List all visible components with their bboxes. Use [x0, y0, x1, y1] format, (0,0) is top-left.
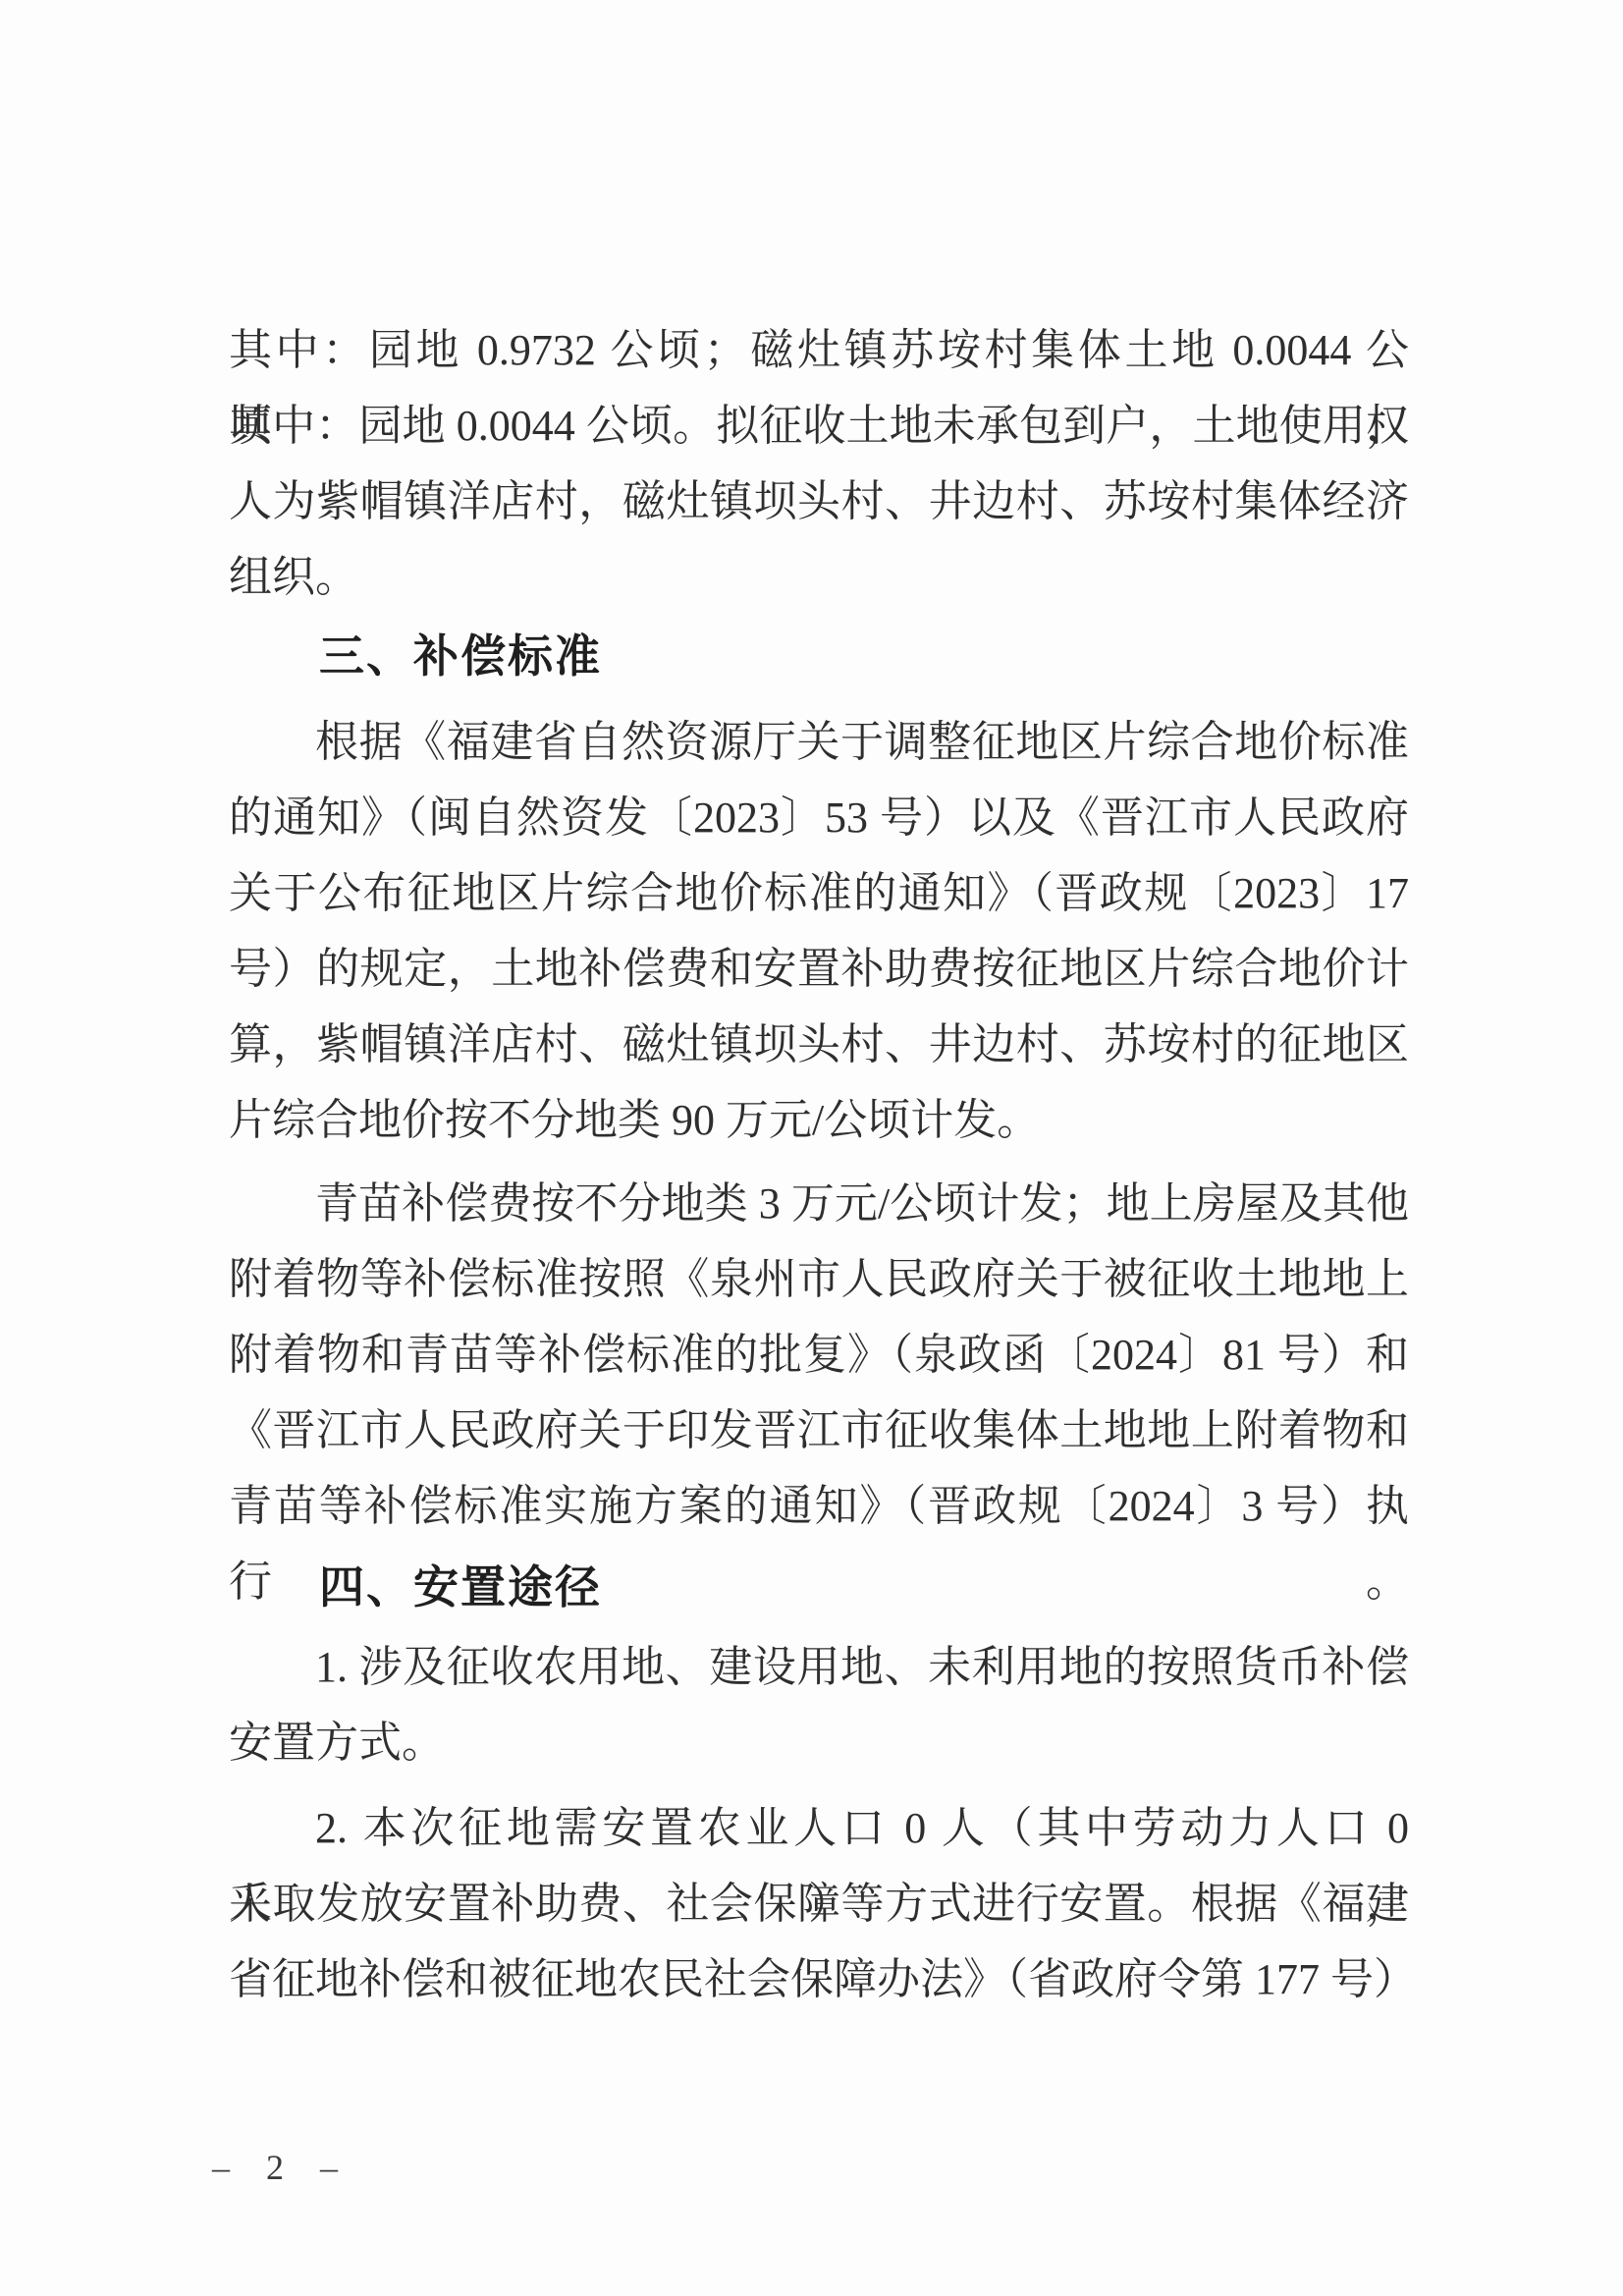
body-line: 2. 本次征地需安置农业人口 0 人（其中劳动力人口 0 人），	[229, 1790, 1409, 1866]
body-line: 组织。	[229, 539, 1409, 615]
page-number: – 2 –	[212, 2147, 352, 2188]
body-line: 算，紫帽镇洋店村、磁灶镇坝头村、井边村、苏垵村的征地区	[229, 1007, 1409, 1082]
body-line: 其中：园地 0.9732 公顷；磁灶镇苏垵村集体土地 0.0044 公顷，	[229, 312, 1409, 388]
body-line: 青苗补偿费按不分地类 3 万元/公顷计发；地上房屋及其他	[229, 1166, 1409, 1241]
body-line: 采取发放安置补助费、社会保障等方式进行安置。根据《福建	[229, 1866, 1409, 1941]
document-page: 其中：园地 0.9732 公顷；磁灶镇苏垵村集体土地 0.0044 公顷， 其中…	[0, 0, 1623, 2296]
body-line: 附着物等补偿标准按照《泉州市人民政府关于被征收土地地上	[229, 1241, 1409, 1317]
body-line: 根据《福建省自然资源厅关于调整征地区片综合地价标准	[229, 704, 1409, 780]
body-line: 号）的规定，土地补偿费和安置补助费按征地区片综合地价计	[229, 931, 1409, 1007]
body-line: 1. 涉及征收农用地、建设用地、未利用地的按照货币补偿	[229, 1629, 1409, 1705]
body-line: 省征地补偿和被征地农民社会保障办法》（省政府令第 177 号）	[229, 1941, 1409, 2017]
section-heading-compensation-standards: 三、补偿标准	[229, 619, 1409, 694]
body-line: 片综合地价按不分地类 90 万元/公顷计发。	[229, 1082, 1409, 1158]
body-line: 《晋江市人民政府关于印发晋江市征收集体土地地上附着物和	[229, 1393, 1409, 1468]
document-body: 其中：园地 0.9732 公顷；磁灶镇苏垵村集体土地 0.0044 公顷， 其中…	[229, 312, 1409, 2017]
body-line: 的通知》（闽自然资发〔2023〕53 号）以及《晋江市人民政府	[229, 780, 1409, 855]
body-line: 安置方式。	[229, 1705, 1409, 1780]
body-line: 人为紫帽镇洋店村，磁灶镇坝头村、井边村、苏垵村集体经济	[229, 464, 1409, 539]
body-line: 其中：园地 0.0044 公顷。拟征收土地未承包到户，土地使用权	[229, 388, 1409, 464]
body-line: 青苗等补偿标准实施方案的通知》（晋政规〔2024〕3 号）执行。	[229, 1468, 1409, 1544]
body-line: 附着物和青苗等补偿标准的批复》（泉政函〔2024〕81 号）和	[229, 1317, 1409, 1393]
body-line: 关于公布征地区片综合地价标准的通知》（晋政规〔2023〕17	[229, 855, 1409, 931]
